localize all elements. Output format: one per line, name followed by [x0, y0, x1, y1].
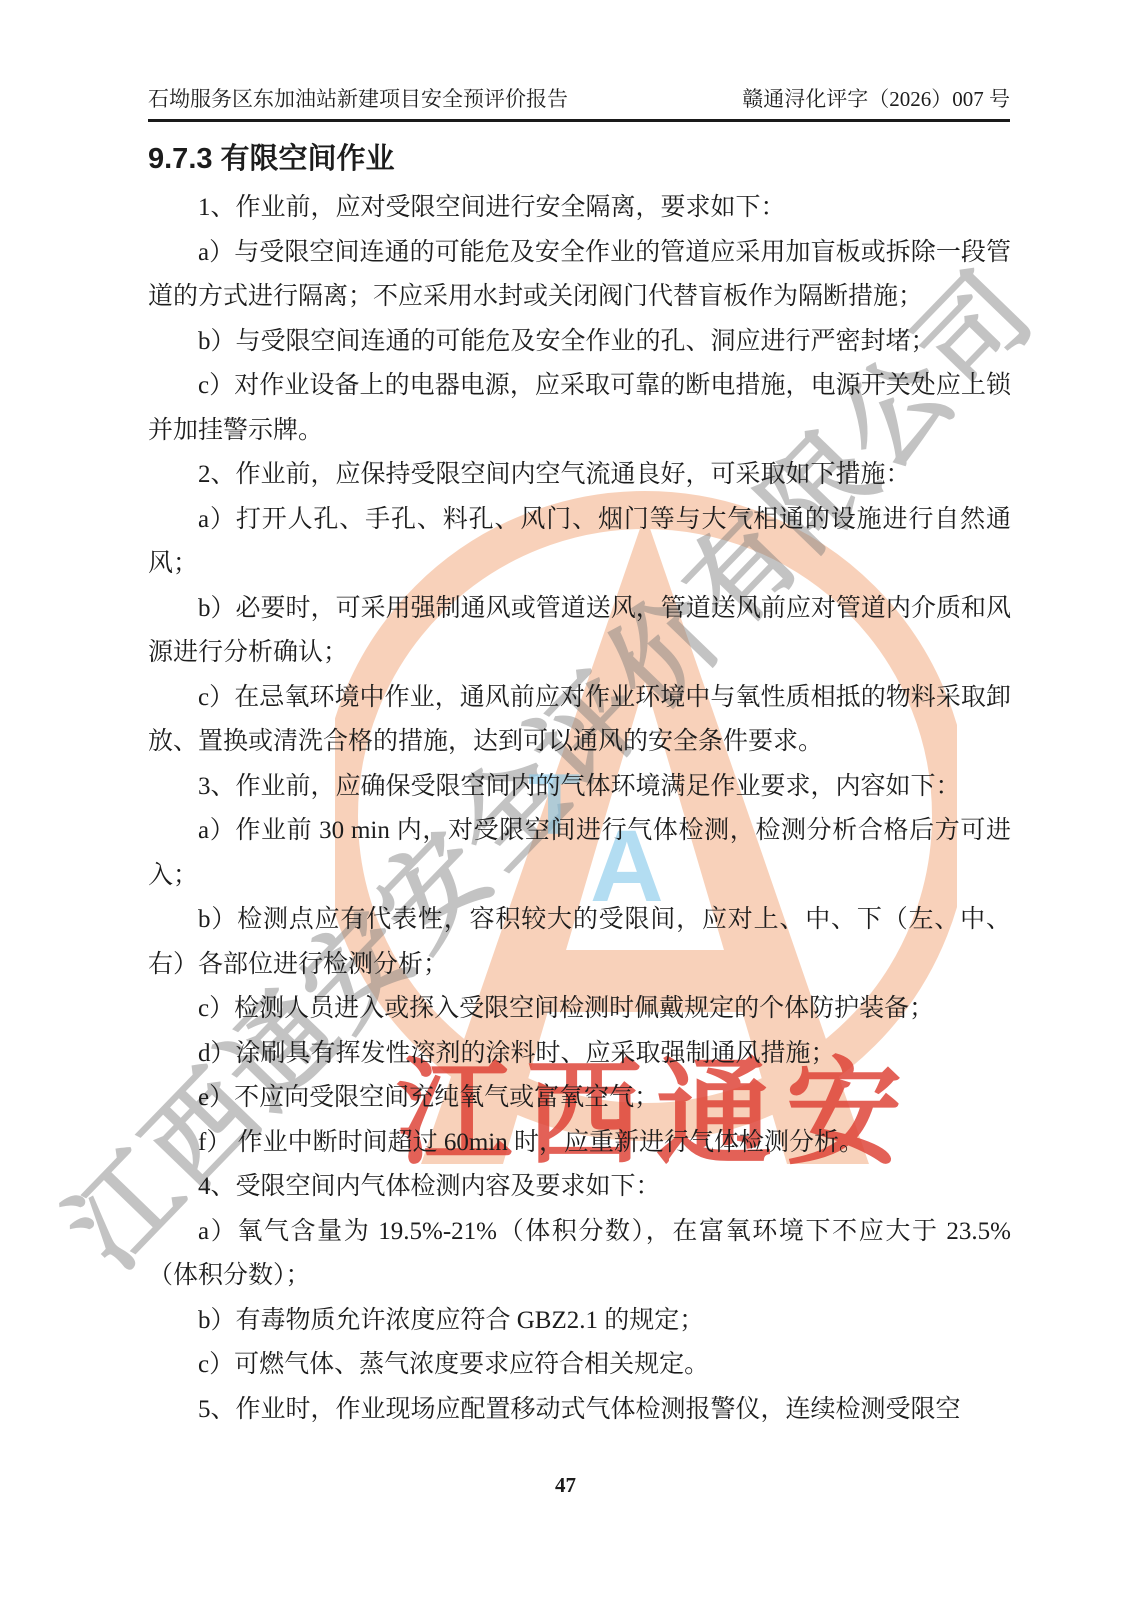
document-page: 石坳服务区东加油站新建项目安全预评价报告 赣通浔化评字（2026）007 号 9…	[0, 0, 1131, 1600]
paragraph: f） 作业中断时间超过 60min 时，应重新进行气体检测分析。	[148, 1121, 1011, 1166]
header-document-number: 赣通浔化评字（2026）007 号	[742, 86, 1010, 112]
page-number: 47	[0, 1473, 1131, 1498]
paragraph: c）可燃气体、蒸气浓度要求应符合相关规定。	[148, 1343, 1011, 1388]
paragraph: b）必要时，可采用强制通风或管道送风，管道送风前应对管道内介质和风源进行分析确认…	[148, 587, 1011, 676]
paragraph: c）检测人员进入或探入受限空间检测时佩戴规定的个体防护装备；	[148, 987, 1011, 1032]
paragraph: 5、作业时，作业现场应配置移动式气体检测报警仪，连续检测受限空	[148, 1388, 1011, 1433]
header-report-title: 石坳服务区东加油站新建项目安全预评价报告	[148, 86, 568, 112]
paragraph: a）氧气含量为 19.5%-21%（体积分数），在富氧环境下不应大于 23.5%…	[148, 1210, 1011, 1299]
paragraph: a）与受限空间连通的可能危及安全作业的管道应采用加盲板或拆除一段管道的方式进行隔…	[148, 231, 1011, 320]
paragraph: 4、受限空间内气体检测内容及要求如下：	[148, 1165, 1011, 1210]
paragraph: d）涂刷具有挥发性溶剂的涂料时、应采取强制通风措施；	[148, 1032, 1011, 1077]
paragraph: b）有毒物质允许浓度应符合 GBZ2.1 的规定；	[148, 1299, 1011, 1344]
paragraph: e）不应向受限空间充纯氧气或富氧空气；	[148, 1076, 1011, 1121]
paragraph: a）作业前 30 min 内，对受限空间进行气体检测，检测分析合格后方可进入；	[148, 809, 1011, 898]
paragraph: b）检测点应有代表性，容积较大的受限间，应对上、中、下（左、中、右）各部位进行检…	[148, 898, 1011, 987]
page-header: 石坳服务区东加油站新建项目安全预评价报告 赣通浔化评字（2026）007 号	[148, 86, 1010, 122]
paragraph: a）打开人孔、手孔、料孔、风门、烟门等与大气相通的设施进行自然通风；	[148, 498, 1011, 587]
paragraph: c）对作业设备上的电器电源，应采取可靠的断电措施，电源开关处应上锁并加挂警示牌。	[148, 364, 1011, 453]
paragraph: 3、作业前，应确保受限空间内的气体环境满足作业要求，内容如下：	[148, 765, 1011, 810]
paragraph: 2、作业前，应保持受限空间内空气流通良好，可采取如下措施：	[148, 453, 1011, 498]
section-title: 9.7.3 有限空间作业	[148, 136, 395, 177]
body-paragraphs: 1、作业前，应对受限空间进行安全隔离，要求如下：a）与受限空间连通的可能危及安全…	[148, 186, 1011, 1432]
paragraph: c）在忌氧环境中作业，通风前应对作业环境中与氧性质相抵的物料采取卸放、置换或清洗…	[148, 676, 1011, 765]
paragraph: b）与受限空间连通的可能危及安全作业的孔、洞应进行严密封堵；	[148, 320, 1011, 365]
paragraph: 1、作业前，应对受限空间进行安全隔离，要求如下：	[148, 186, 1011, 231]
